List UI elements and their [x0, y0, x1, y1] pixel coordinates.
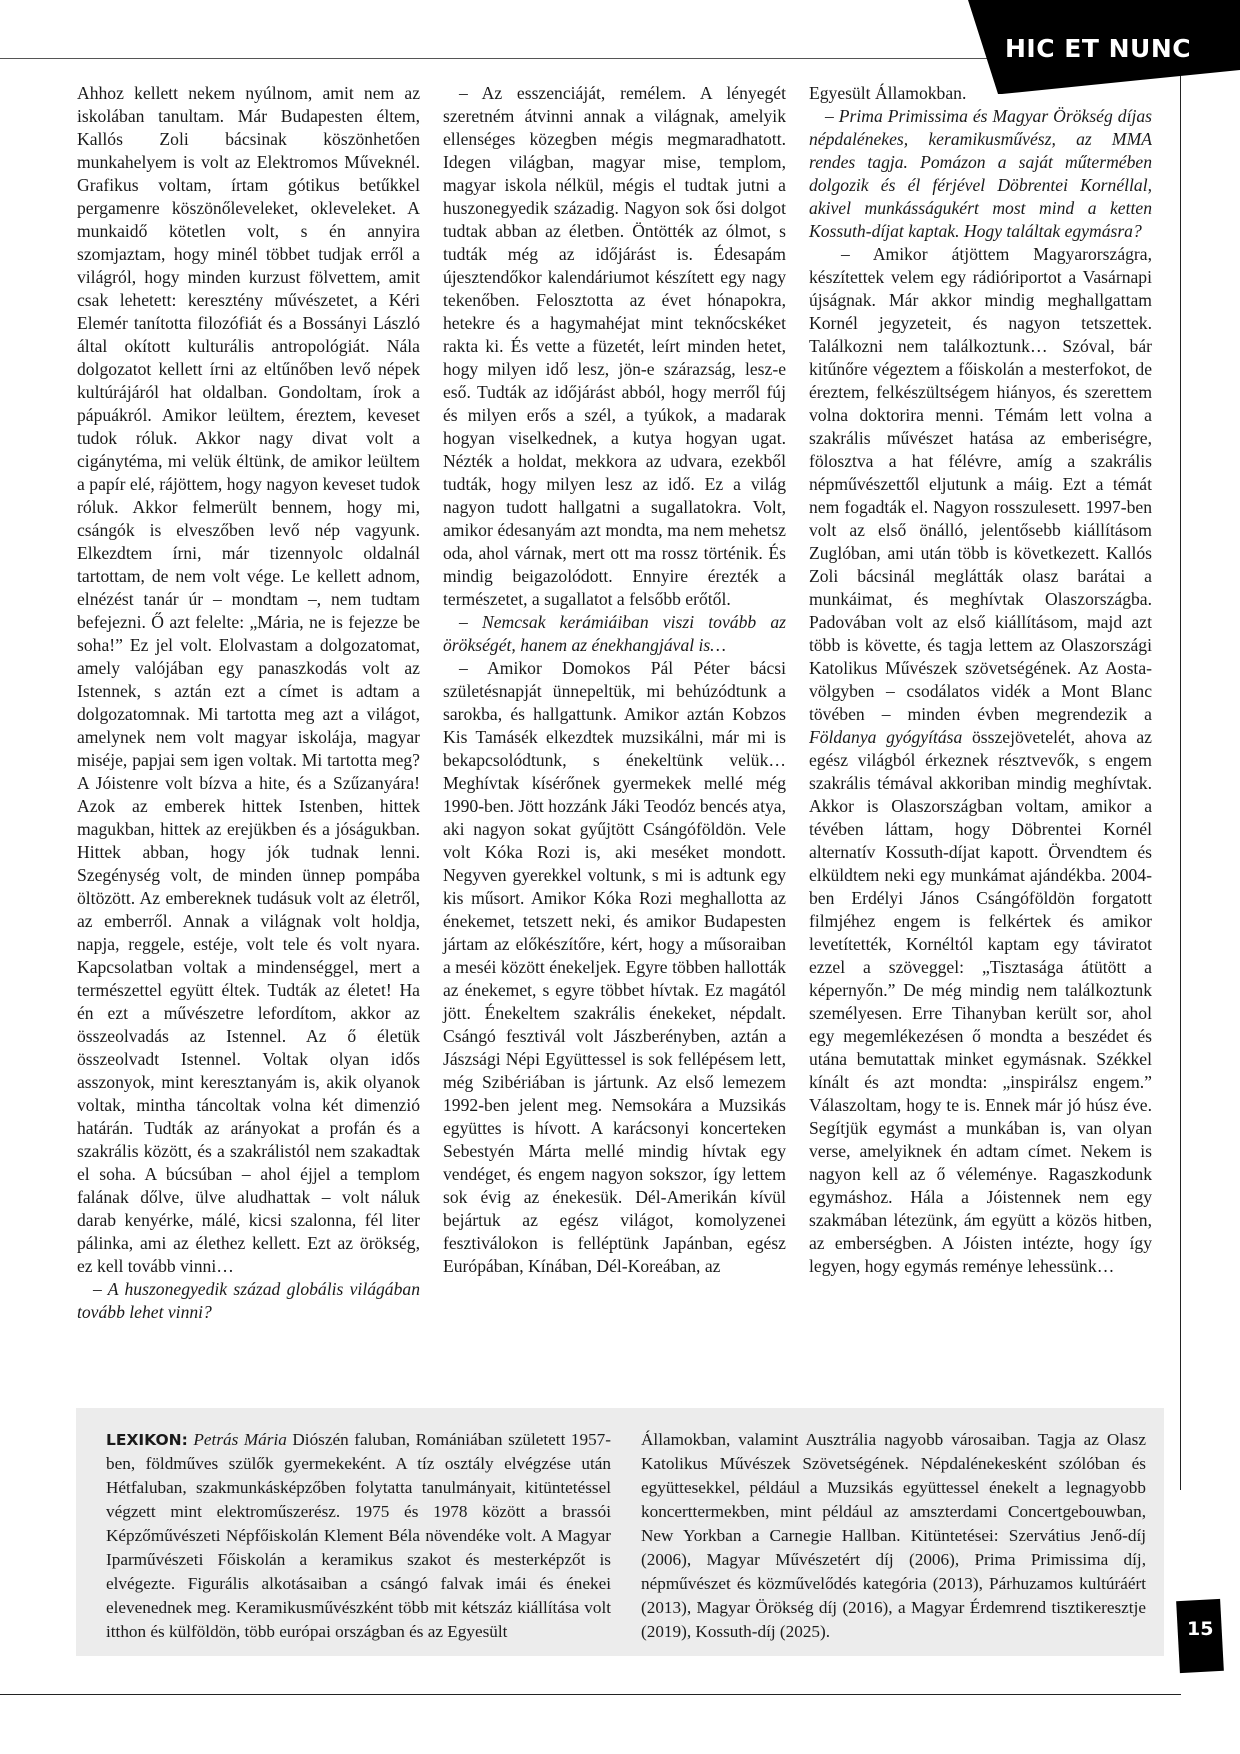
- answer-paragraph: – Amikor Domokos Pál Péter bácsi születé…: [443, 657, 786, 1278]
- section-title: HIC ET NUNC: [1005, 34, 1191, 63]
- page-border-bottom: [0, 1694, 1181, 1695]
- article-body: Ahhoz kellett nekem nyúlnom, amit nem az…: [77, 82, 1167, 1324]
- answer-text: összejövetelét, ahova az egész világból …: [809, 727, 1152, 1276]
- lexicon-column-2: Államokban, valamint Ausztrália nagyobb …: [641, 1428, 1146, 1644]
- event-title: Földanya gyógyítása: [809, 727, 962, 747]
- answer-paragraph: – Amikor átjöttem Magyarországra, készít…: [809, 243, 1152, 1278]
- page-border-right: [1180, 70, 1181, 1490]
- lexicon-box: LEXIKON: Petrás Mária Diószén faluban, R…: [76, 1408, 1164, 1656]
- page-number: 15: [1187, 1618, 1213, 1640]
- article-column-1: Ahhoz kellett nekem nyúlnom, amit nem az…: [77, 82, 420, 1324]
- answer-text: – Amikor átjöttem Magyarországra, készít…: [809, 244, 1152, 724]
- interview-question: – Nemcsak kerámiáiban viszi tovább az ör…: [443, 611, 786, 657]
- interview-question: – A huszonegyedik század globális világá…: [77, 1278, 420, 1324]
- header-rule: [0, 58, 1000, 59]
- answer-paragraph: – Az esszenciáját, remélem. A lényegét s…: [443, 82, 786, 611]
- lexicon-person-name: Petrás Mária: [193, 1430, 286, 1449]
- lexicon-text: Diószén faluban, Romániában született 19…: [106, 1430, 611, 1641]
- article-column-3: Egyesült Államokban. – Prima Primissima …: [809, 82, 1152, 1324]
- lexicon-columns: LEXIKON: Petrás Mária Diószén faluban, R…: [106, 1428, 1146, 1644]
- article-column-2: – Az esszenciáját, remélem. A lényegét s…: [443, 82, 786, 1324]
- answer-paragraph: Egyesült Államokban.: [809, 82, 1152, 105]
- lexicon-column-1: LEXIKON: Petrás Mária Diószén faluban, R…: [106, 1428, 611, 1644]
- interview-question: – Prima Primissima és Magyar Örökség díj…: [809, 105, 1152, 243]
- lexicon-text: Államokban, valamint Ausztrália nagyobb …: [641, 1430, 1146, 1641]
- answer-paragraph: Ahhoz kellett nekem nyúlnom, amit nem az…: [77, 82, 420, 1278]
- lexicon-label: LEXIKON:: [106, 1431, 188, 1449]
